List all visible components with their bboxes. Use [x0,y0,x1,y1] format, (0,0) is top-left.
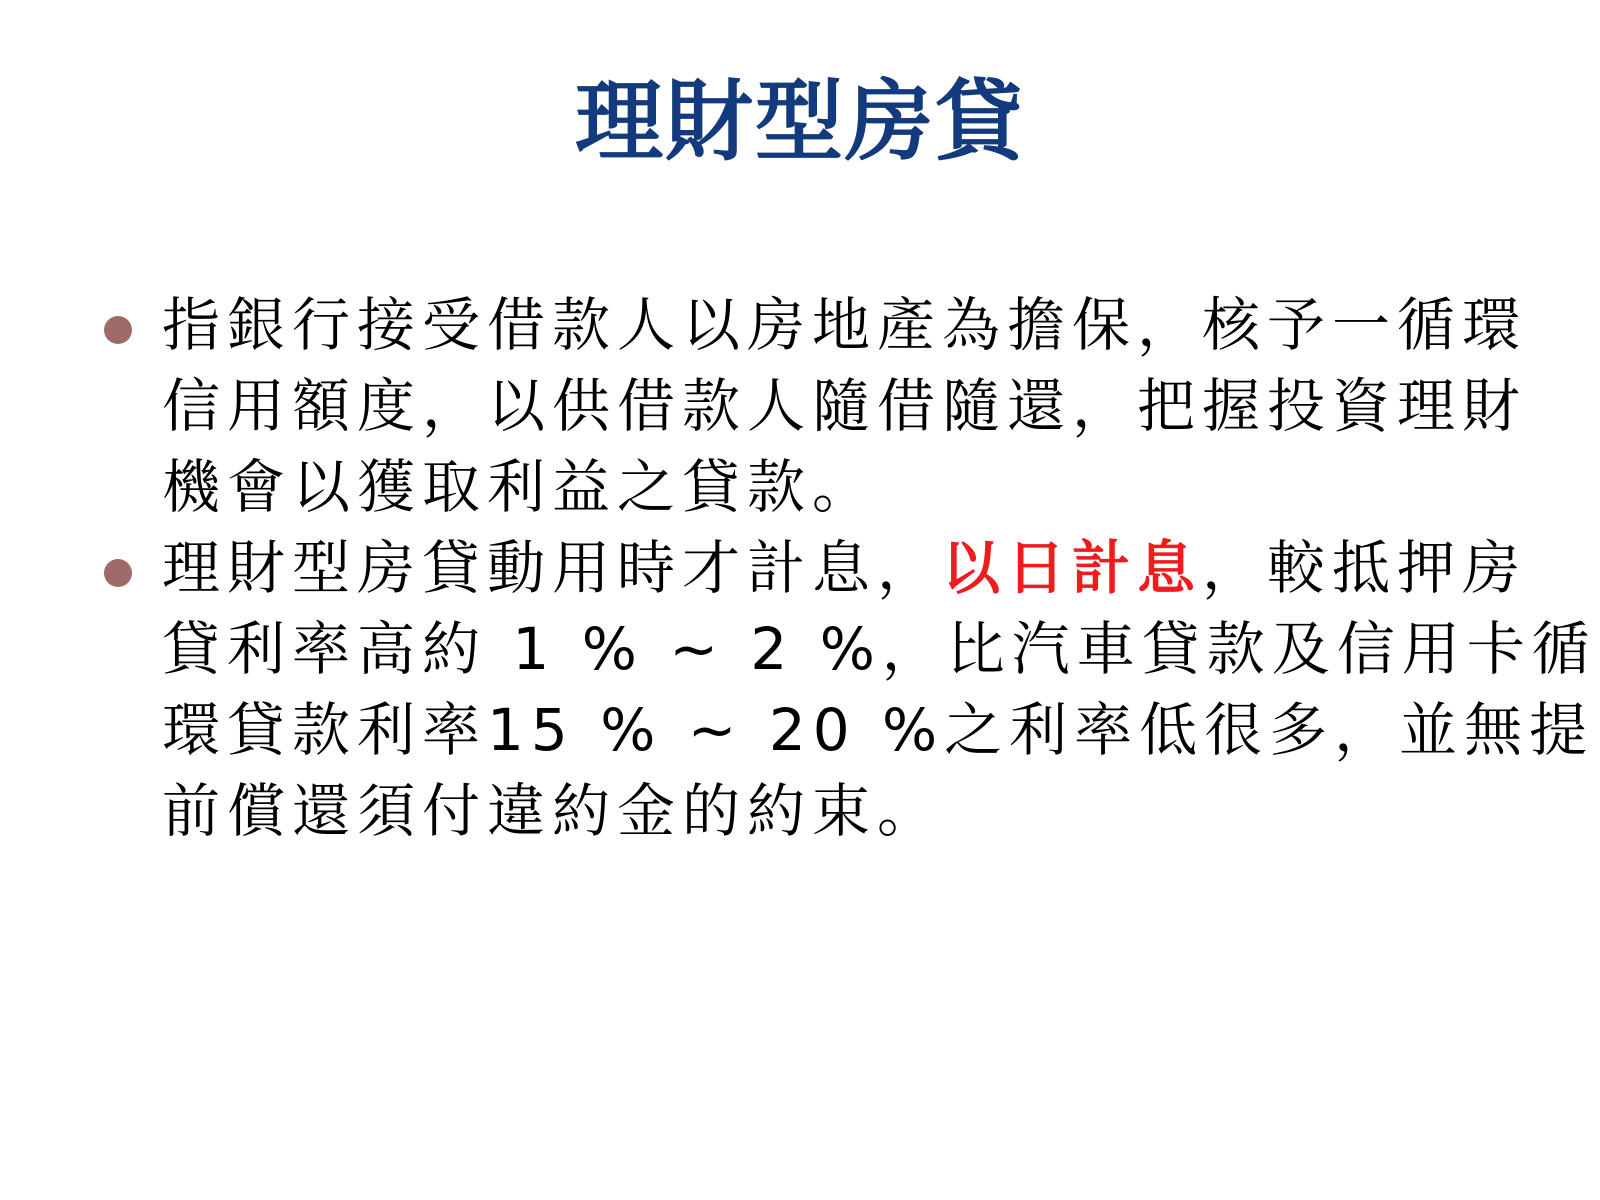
bullet-text-line: 機會以獲取利益之貸款。 [162,447,1520,528]
bullet-text-line: 信用額度，以供借款人隨借隨還，把握投資理財 [162,366,1520,447]
bullet-text-line: 環貸款利率15 % ~ 20 %之利率低很多，並無提 [162,690,1520,771]
slide: 理財型房貸 指銀行接受借款人以房地產為擔保，核予一循環 信用額度，以供借款人隨借… [0,0,1600,1200]
bullet-text-line: 貸利率高約 1 % ~ 2 %，比汽車貸款及信用卡循 [162,609,1520,690]
text-segment: 理財型房貸動用時才計息， [162,534,942,602]
text-segment: ，較抵押房 [1202,534,1527,602]
bullet-text-line: 理財型房貸動用時才計息，以日計息，較抵押房 [162,528,1520,609]
bullet-dot-icon [104,559,132,587]
bullet-dot-icon [104,316,132,344]
bullet-list: 指銀行接受借款人以房地產為擔保，核予一循環 信用額度，以供借款人隨借隨還，把握投… [100,285,1520,852]
bullet-item-interest: 理財型房貸動用時才計息，以日計息，較抵押房 貸利率高約 1 % ~ 2 %，比汽… [100,528,1520,852]
bullet-text-line: 前償還須付違約金的約束。 [162,771,1520,852]
bullet-text-line: 指銀行接受借款人以房地產為擔保，核予一循環 [162,285,1520,366]
highlight-daily-interest: 以日計息 [942,534,1202,602]
bullet-item-definition: 指銀行接受借款人以房地產為擔保，核予一循環 信用額度，以供借款人隨借隨還，把握投… [100,285,1520,528]
slide-title: 理財型房貸 [0,72,1600,172]
